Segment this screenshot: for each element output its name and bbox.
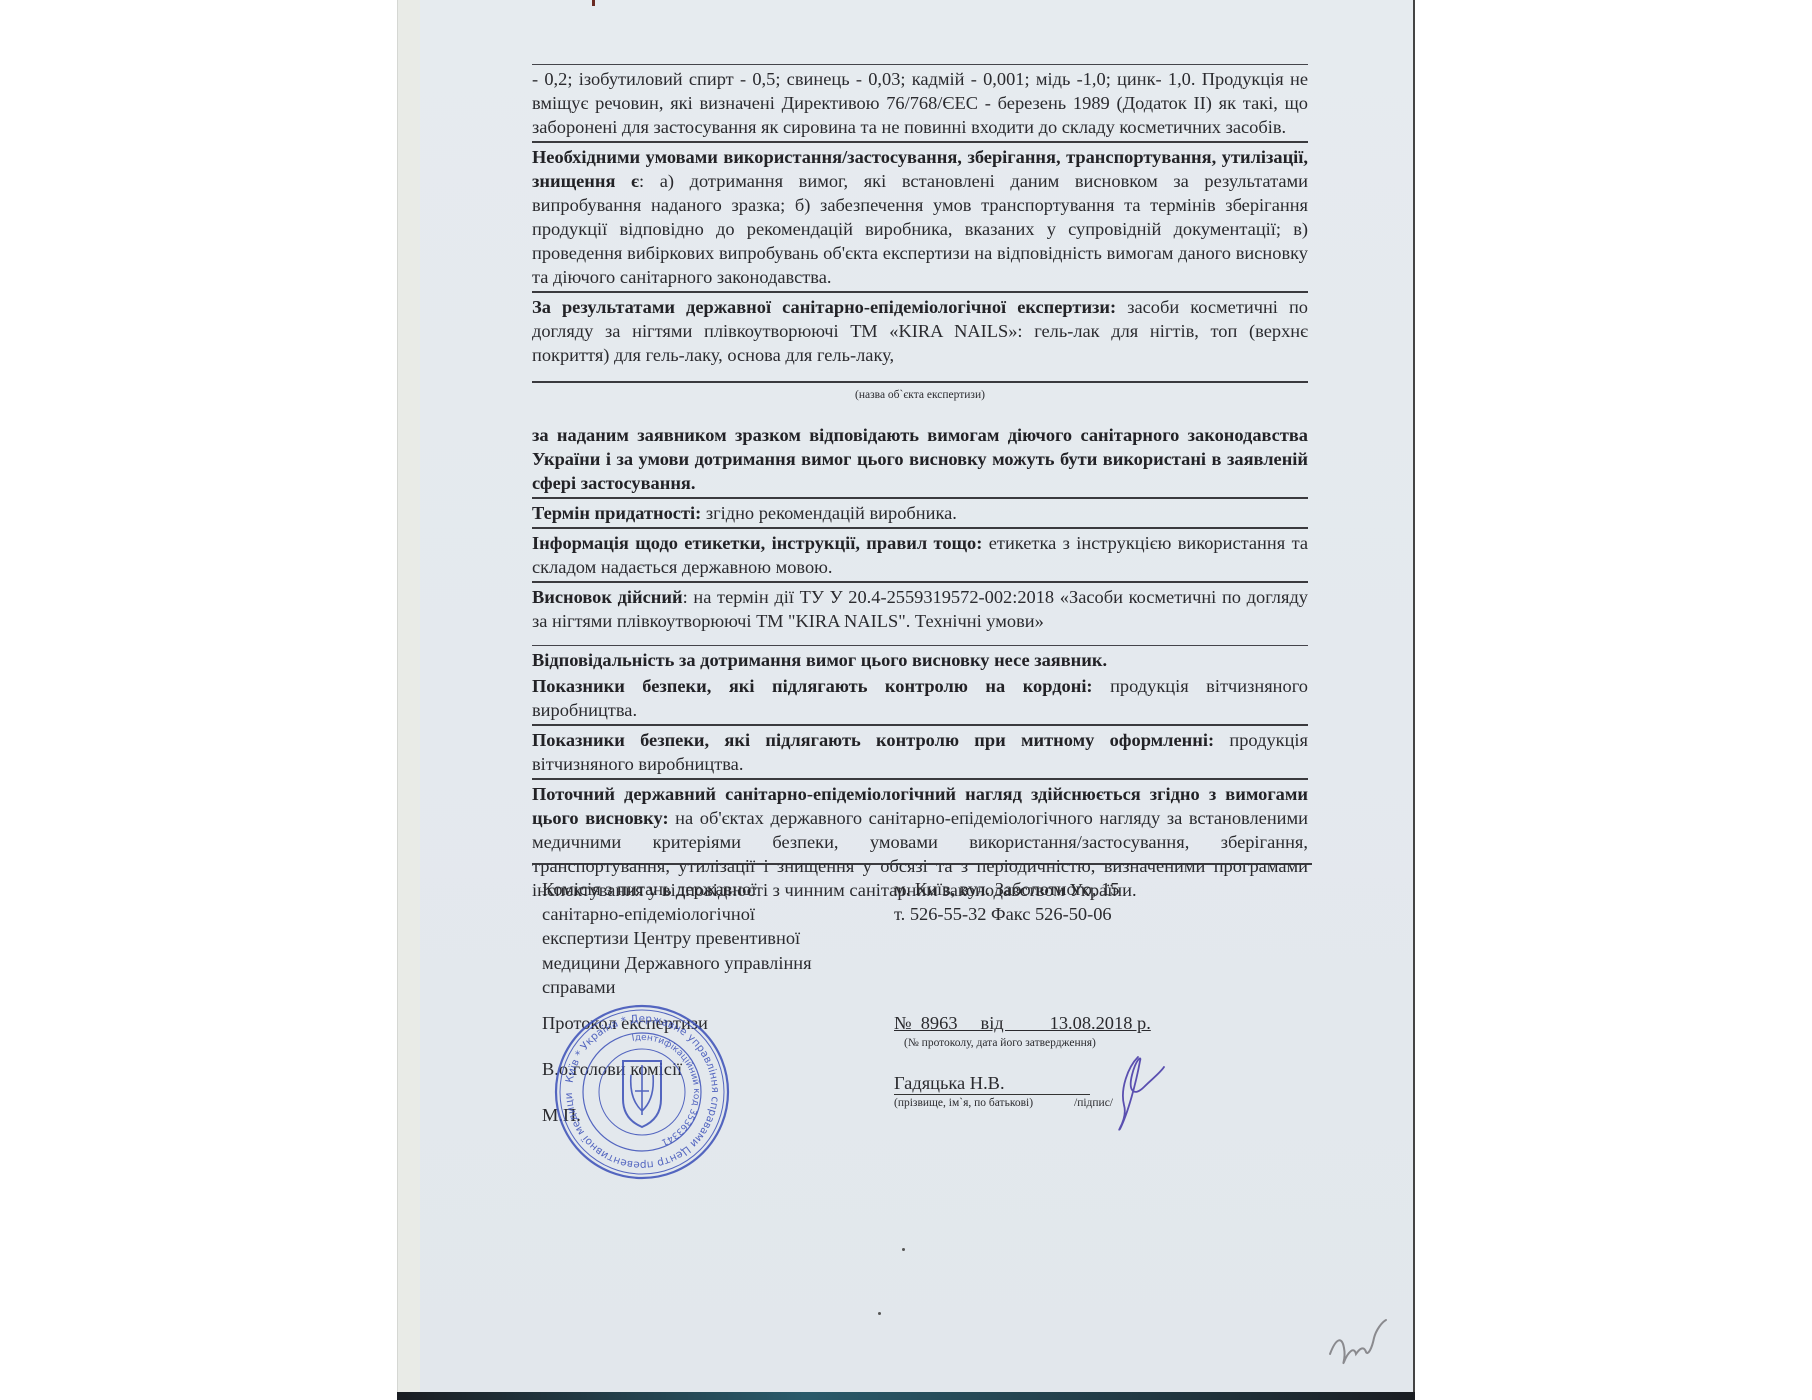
shelf-life-label: Термін придатності:: [532, 503, 701, 523]
commission-contacts: м. Київ, вул. Заболотного, 15 т. 526-55-…: [894, 877, 1294, 926]
address: м. Київ, вул. Заболотного, 15: [894, 877, 1294, 902]
validity-label: Висновок дійсний: [532, 587, 683, 607]
section-labeling: Інформація щодо етикетки, інструкції, пр…: [532, 529, 1308, 581]
commission-name: Комісія з питань державної санітарно-епі…: [542, 877, 862, 1000]
protocol-value: № 8963 від 13.08.2018 р.: [894, 1013, 1151, 1034]
section-border-control: Показники безпеки, які підлягають контро…: [532, 674, 1308, 724]
compliance-text: за наданим заявником зразком відповідают…: [532, 425, 1308, 493]
border-control-label: Показники безпеки, які підлягають контро…: [532, 676, 1093, 696]
section-conditions: Необхідними умовами використання/застосу…: [532, 143, 1308, 291]
commission-line: Комісія з питань державної: [542, 877, 862, 902]
top-ink-mark: [592, 0, 595, 6]
section-composition: - 0,2; ізобутиловий спирт - 0,5; свинець…: [532, 65, 1308, 141]
official-stamp-icon: Київ * Україна * Державне управління спр…: [553, 1003, 731, 1181]
section-shelf-life: Термін придатності: згідно рекомендацій …: [532, 499, 1308, 527]
document-body: - 0,2; ізобутиловий спирт - 0,5; свинець…: [532, 64, 1308, 904]
section-customs: Показники безпеки, які підлягають контро…: [532, 726, 1308, 778]
head-name-line: Гадяцька Н.В.: [894, 1073, 1090, 1095]
phone-fax: т. 526-55-32 Факс 526-50-06: [894, 902, 1294, 927]
section-validity: Висновок дійсний: на термін дії ТУ У 20.…: [532, 583, 1308, 645]
labeling-label: Інформація щодо етикетки, інструкції, пр…: [532, 533, 982, 553]
commission-line: санітарно-епідеміологічної: [542, 902, 862, 927]
scan-speck: [902, 1248, 905, 1251]
shelf-life-text: згідно рекомендацій виробника.: [701, 503, 957, 523]
commission-line: медицини Державного управління: [542, 951, 862, 976]
responsibility-text: Відповідальність за дотримання вимог цьо…: [532, 650, 1107, 670]
page-edge-bottom: [397, 1392, 1415, 1400]
protocol-caption: (№ протоколу, дата його затвердження): [904, 1037, 1096, 1049]
commission-line: експертизи Центру превентивної: [542, 926, 862, 951]
results-label: За результатами державної санітарно-епід…: [532, 297, 1116, 317]
composition-text: - 0,2; ізобутиловий спирт - 0,5; свинець…: [532, 67, 1308, 139]
commission-line: справами: [542, 975, 862, 1000]
section-compliance: за наданим заявником зразком відповідают…: [532, 421, 1308, 497]
document-footer: Комісія з питань державної санітарно-епі…: [532, 863, 1312, 865]
head-caption: (прізвище, ім`я, по батькові): [894, 1097, 1033, 1109]
head-name: Гадяцька Н.В.: [894, 1073, 1005, 1093]
conditions-text: : а) дотримання вимог, які встановлені д…: [532, 171, 1308, 287]
customs-label: Показники безпеки, які підлягають контро…: [532, 730, 1214, 750]
signature-icon: [1098, 1053, 1168, 1133]
section-responsibility: Відповідальність за дотримання вимог цьо…: [532, 646, 1308, 674]
section-results: За результатами державної санітарно-епід…: [532, 293, 1308, 381]
object-name-caption: (назва об`єкта експертизи): [532, 387, 1308, 403]
protocol-number-date: № 8963 від 13.08.2018 р.: [894, 1013, 1151, 1033]
initials-mark-icon: [1328, 1318, 1390, 1368]
page-edge-left: [397, 0, 420, 1400]
divider: [532, 381, 1308, 383]
scan-speck: [878, 1312, 881, 1315]
page-edge-right: [1413, 0, 1415, 1392]
